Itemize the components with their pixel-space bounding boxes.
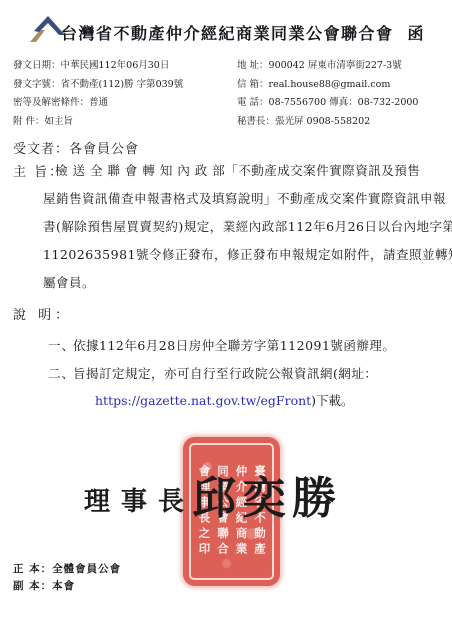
document-header: 台灣省不動產仲介經紀商業同業公會聯合會函 xyxy=(61,21,425,44)
meta-attachment: 附 件：如主旨 xyxy=(13,116,183,127)
meta-issue-date: 發文日期：中華民國112年06月30日 xyxy=(13,60,183,71)
meta-doc-number: 發文字號：省不動產(112)勝 字第039號 xyxy=(13,79,183,90)
explanation-item-2-text: 旨揭訂定規定，亦可自行至行政院公報資訊網(網址： xyxy=(73,364,377,382)
gazette-link-suffix: )下載。 xyxy=(311,393,353,408)
recipient-line: 受文者：各會員公會 xyxy=(13,138,139,157)
chairman-title: 理事長 xyxy=(84,481,195,518)
subject-line-3: 書(解除預售屋買賣契約)規定，業經內政部112年6月26日以台內地字第 xyxy=(43,217,452,235)
subject-line-5: 屬會員。 xyxy=(43,273,95,291)
logo-tan-shape xyxy=(30,30,45,42)
explanation-item-2-number: 二、 xyxy=(48,364,75,382)
explanation-label: 說 明： xyxy=(13,304,72,323)
org-name: 台灣省不動產仲介經紀商業同業公會聯合會 xyxy=(61,24,394,43)
subject-line-4: 11202635981號令修正發布，修正發布申報規定如附件，請查照並轉知所 xyxy=(43,245,452,263)
explanation-item-1-number: 一、 xyxy=(48,336,75,354)
recipient-label: 受文者： xyxy=(13,142,69,157)
subject-line-2: 屋銷售資訊備查申報書格式及填寫說明」不動產成交案件實際資訊申報 xyxy=(43,189,446,207)
original-copy-line: 正 本：全體會員公會 xyxy=(13,561,121,576)
meta-right-column: 地 址：900042 屏東市清寧街227-3號 信 箱：real.house88… xyxy=(237,60,418,134)
meta-left-column: 發文日期：中華民國112年06月30日 發文字號：省不動產(112)勝 字第03… xyxy=(13,60,183,134)
doc-type-label: 函 xyxy=(408,24,426,43)
meta-address: 地 址：900042 屏東市清寧街227-3號 xyxy=(237,60,418,71)
duplicate-copy-line: 副 本：本會 xyxy=(13,578,75,593)
subject-line-1: 檢 送 全 聯 會 轉 知 內 政 部「不動產成交案件實際資訊及預售 xyxy=(55,161,420,179)
recipient-value: 各會員公會 xyxy=(69,142,139,157)
meta-email: 信 箱：real.house88@gmail.com xyxy=(237,79,418,90)
meta-classification: 密等及解密條件：普通 xyxy=(13,97,183,108)
gazette-link[interactable]: https://gazette.nat.gov.tw/egFront xyxy=(95,393,311,408)
gazette-link-line: https://gazette.nat.gov.tw/egFront)下載。 xyxy=(95,391,354,409)
explanation-item-1-text: 依據112年6月28日房仲全聯芳字第112091號函辦理。 xyxy=(73,336,395,354)
meta-phone-fax: 電 話：08-7556700 傳真：08-732-2000 xyxy=(237,97,418,108)
meta-secretary: 秘書長：張光屏 0908-558202 xyxy=(237,116,418,127)
chairman-name: 邱奕勝 xyxy=(192,462,342,526)
